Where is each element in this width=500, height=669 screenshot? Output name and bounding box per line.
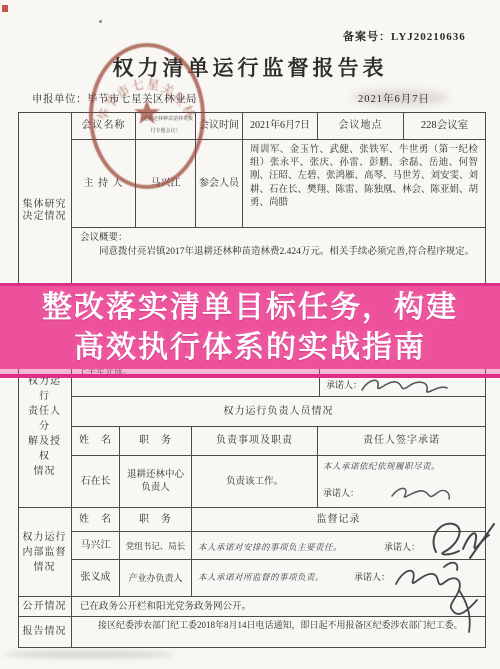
meeting-summary-label: 会议概要： — [80, 232, 477, 244]
handwritten-promise: 本人承诺对所监督的事项负责。 — [198, 571, 324, 583]
col-duty: 职 务 — [120, 508, 192, 532]
section-label-publicity: 公开情况 — [18, 597, 72, 617]
col-name: 姓 名 — [72, 427, 120, 456]
supervisor-name: 张义成 — [72, 560, 120, 597]
meeting-place-value: 228会议室 — [404, 112, 486, 140]
promo-banner-overlay: 整改落实清单目标任务，构建 高效执行体系的实战指南 — [0, 283, 500, 378]
col-signature-promise: 责任人签字承诺 — [318, 427, 486, 456]
section-label-report: 报告情况 — [18, 617, 72, 648]
col-supervision-record: 监督记录 — [192, 508, 486, 532]
page-edge-shadow — [4, 651, 174, 658]
meeting-name-label: 会议名称 — [72, 112, 136, 140]
supervisor-duty: 党组书记、局长 — [120, 532, 192, 560]
meeting-place-label: 会议地点 — [318, 112, 404, 140]
col-duty: 职 务 — [120, 427, 192, 456]
banner-text-line1: 整改落实清单目标任务，构建 — [0, 289, 500, 327]
banner-text-line2: 高效执行体系的实战指南 — [0, 329, 500, 367]
report-text: 接区纪委涉农部门纪工委2018年8月14日电话通知，即日起不用报备区纪委涉农部门… — [72, 617, 486, 648]
supervision-record-cell: 本人承诺对安排的事项负主要责任。 承诺人： — [192, 532, 486, 560]
supervision-record-cell: 本人承诺对所监督的事项负责。 承诺人： — [192, 560, 486, 597]
handwritten-promise: 本人承诺依纪依规履职尽责。 — [323, 460, 440, 472]
responsible-persons-subheader: 权力运行负责人员情况 — [72, 397, 486, 427]
col-items: 负责事项及职责 — [192, 427, 318, 456]
publicity-text: 已在政务公开栏和阳光党务政务网公开。 — [72, 597, 486, 617]
report-date: 2021年6月7日 — [358, 91, 430, 106]
report-unit: 申报单位：毕节市七星关区林业局 — [32, 91, 197, 106]
promise-person-label: 承诺人： — [354, 571, 390, 583]
section-label-collective-decision: 集体研究 决定情况 — [18, 112, 72, 310]
host-label: 主 持 人 — [72, 140, 136, 228]
col-name: 姓 名 — [72, 508, 120, 532]
supervisor-duty: 产业办负责人 — [120, 560, 192, 597]
attendees-label: 参会人员 — [196, 140, 243, 228]
record-number: 备案号：LYJ20210636 — [343, 28, 466, 44]
promise-person-label: 承诺人： — [323, 487, 359, 499]
meeting-time-label: 会议时间 — [196, 112, 243, 140]
meeting-name-value: （退耕还林种苗造林费拨付专题会议） — [136, 112, 196, 140]
scan-speck — [99, 20, 102, 23]
section-label-internal-supervision: 权力运行 内部监督 情况 — [18, 508, 72, 597]
attendees-list: 周训军、金玉竹、武健、张铁军、牛世勇（第一纪检组）张永平、张庆、孙雷、彭鹏、余磊… — [243, 140, 486, 228]
responsible-item: 负责该工作。 — [192, 456, 318, 508]
supervisor-name: 马兴江 — [72, 532, 120, 560]
scan-red-corner-mark — [2, 5, 8, 12]
promise-person-label: 承诺人： — [384, 541, 420, 553]
handwritten-promise: 本人承诺对安排的事项负主要责任。 — [198, 541, 342, 553]
host-value: 马兴江 — [136, 140, 196, 228]
page-title: 权力清单运行监督报告表 — [0, 52, 500, 82]
responsible-signature-cell: 本人承诺依纪依规履职尽责。 承诺人： — [318, 456, 486, 508]
responsible-duty: 退耕还林中心 负责人 — [120, 456, 192, 508]
meeting-time-value: 2021年6月7日 — [243, 112, 318, 140]
meeting-summary-text: 同意拨付亮岩镇2017年退耕还林种苗造林费2.424万元。相关手续必须完善,符合… — [80, 246, 477, 259]
promise-person-label: 承诺人： — [326, 379, 362, 391]
responsible-name: 石在长 — [72, 456, 120, 508]
scanned-report-page: 备案号：LYJ20210636 权力清单运行监督报告表 申报单位：毕节市七星关区… — [0, 0, 500, 669]
